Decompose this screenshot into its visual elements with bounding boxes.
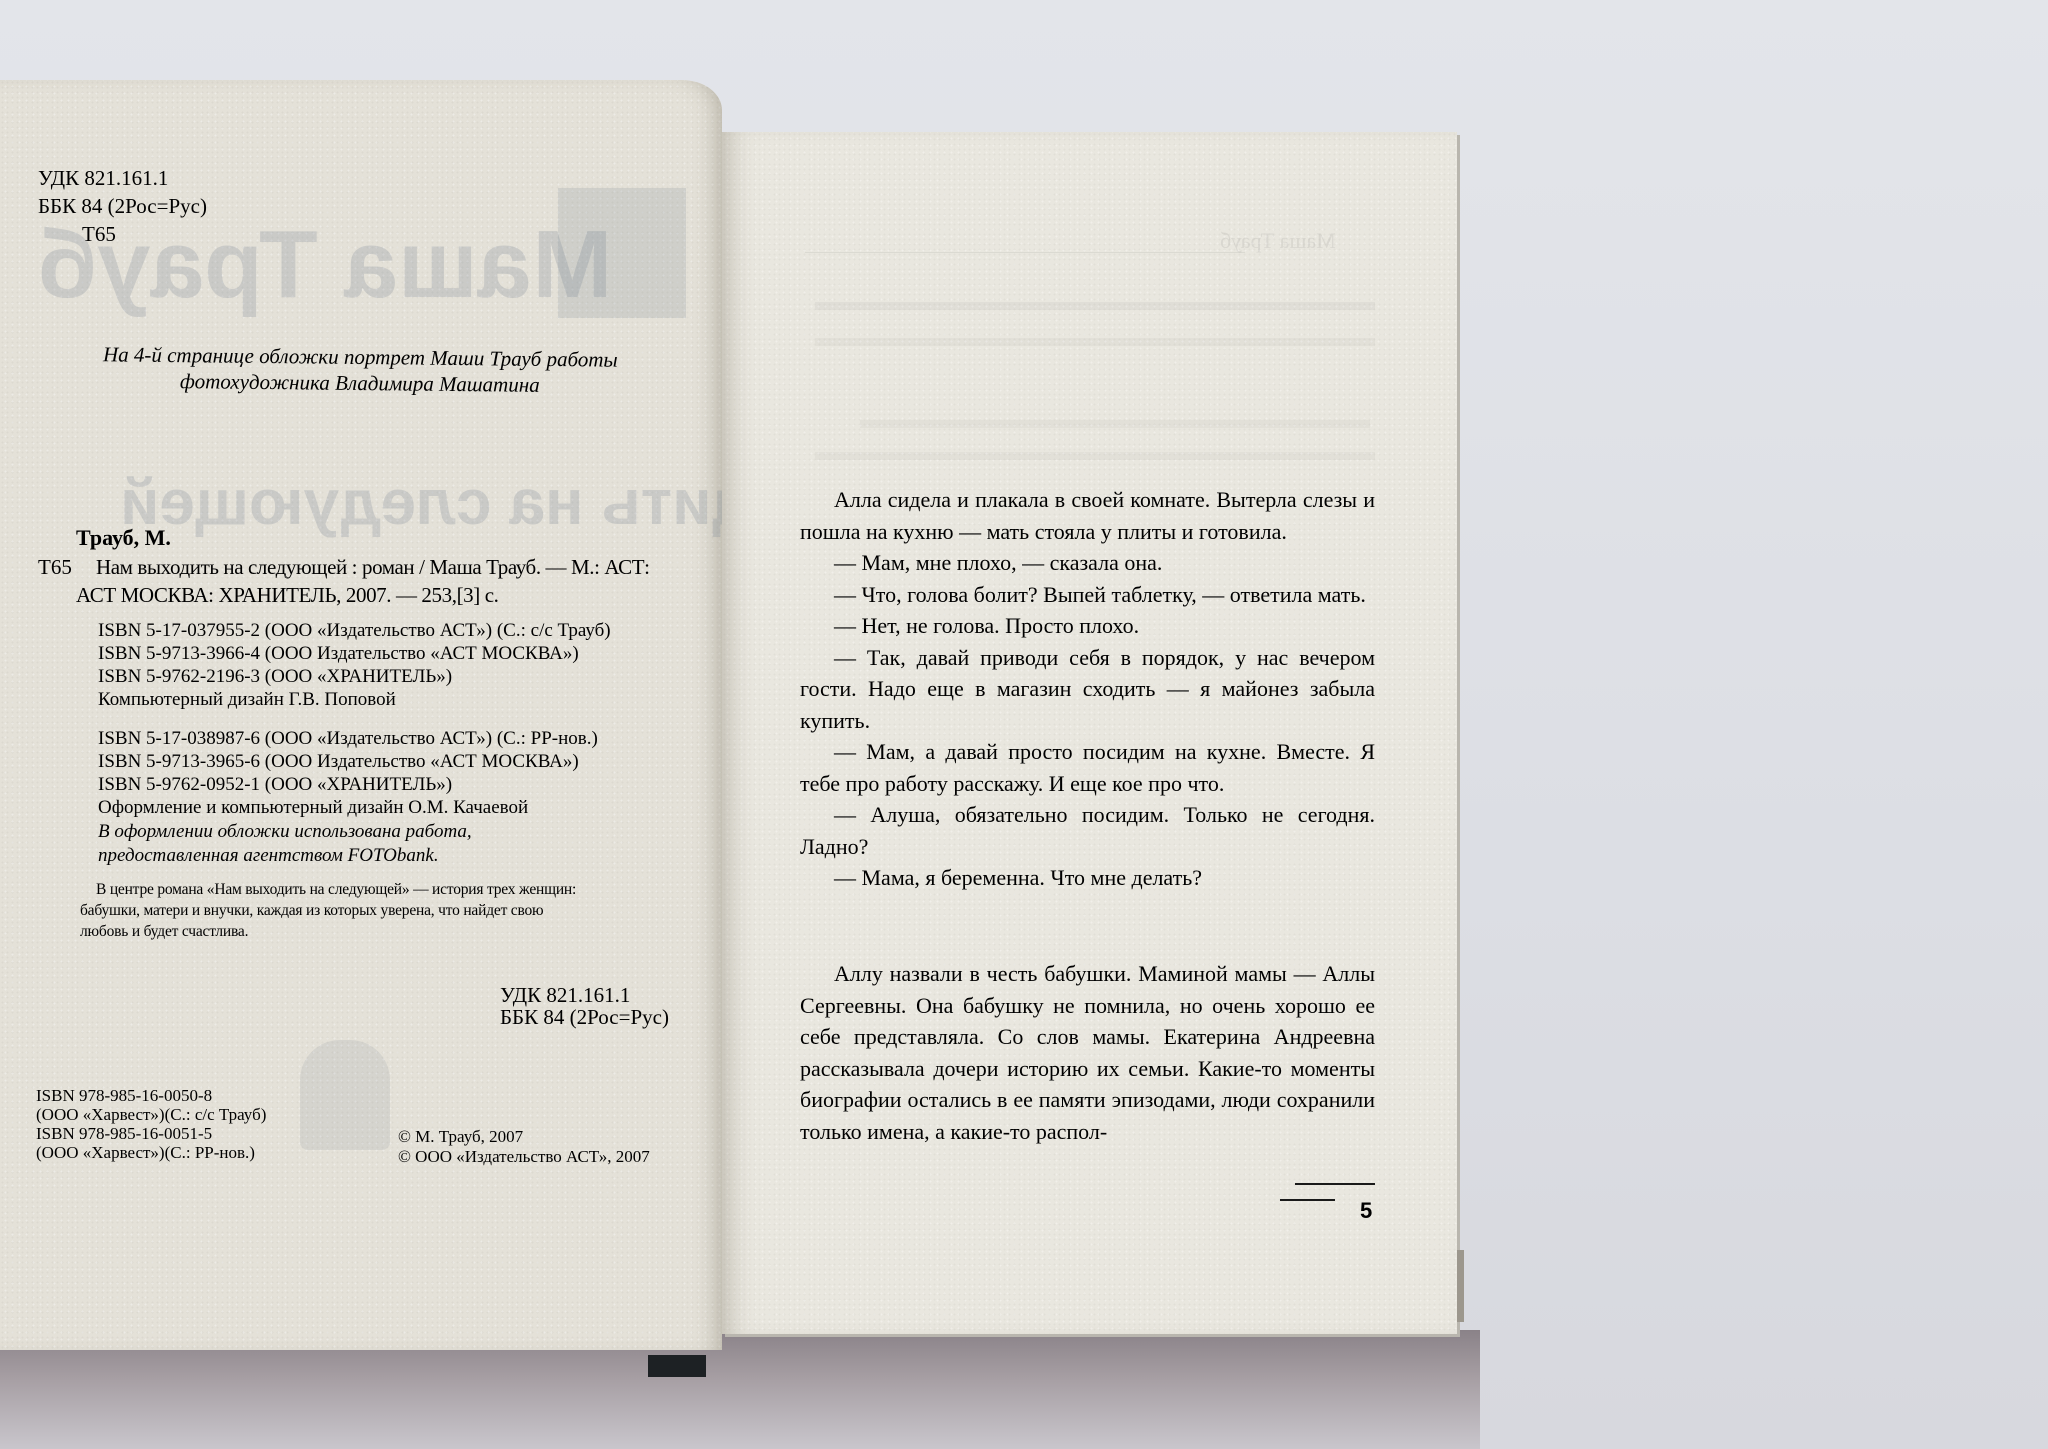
ghost-logo-mark: [558, 188, 686, 318]
isbn-1-1: ISBN 5-17-037955-2 (ООО «Издательство АС…: [98, 620, 611, 642]
annotation-line3: любовь и будет счастлива.: [80, 922, 248, 942]
paragraph: — Мам, а давай просто посидим на кухне. …: [800, 736, 1375, 799]
annotation-line2: бабушки, матери и внучки, каждая из кото…: [80, 901, 543, 921]
harvest-isbn-1: ISBN 978-985-16-0050-8: [36, 1086, 266, 1105]
bleed-text-line: [815, 338, 1375, 346]
bib-author: Трауб, М.: [76, 525, 171, 551]
design-credit-2: Оформление и компьютерный дизайн О.М. Ка…: [98, 797, 528, 819]
text-section-2: Аллу назвали в честь бабушки. Маминой ма…: [800, 958, 1375, 1147]
bbk-top: ББК 84 (2Рос=Рус): [38, 195, 207, 217]
bbk-bottom: ББК 84 (2Рос=Рус): [500, 1006, 669, 1028]
cover-credit-line2: предоставленная агентством FOTObank.: [98, 845, 439, 867]
paragraph: — Алуша, обязательно посидим. Только не …: [800, 799, 1375, 862]
harvest-isbn-2-publisher: (ООО «Харвест»)(С.: РР-нов.): [36, 1143, 266, 1162]
design-credit-1: Компьютерный дизайн Г.В. Поповой: [98, 689, 396, 711]
isbn-2-2: ISBN 5-9713-3965-6 (ООО Издательство «АС…: [98, 751, 579, 773]
bleed-text-line: [860, 420, 1370, 428]
bleed-text-line: [815, 452, 1375, 460]
page-number-rule-bottom: [1280, 1199, 1335, 1201]
bib-line2: АСТ МОСКВА: ХРАНИТЕЛЬ, 2007. — 253,[3] с…: [76, 584, 499, 606]
bib-line1: Нам выходить на следующей : роман / Маша…: [96, 556, 650, 578]
paragraph: — Что, голова болит? Выпей таблетку, — о…: [800, 579, 1375, 611]
isbn-2-1: ISBN 5-17-038987-6 (ООО «Издательство АС…: [98, 728, 598, 750]
paragraph: Алла сидела и плакала в своей комнате. В…: [800, 484, 1375, 547]
code-top: Т65: [82, 223, 116, 245]
bleed-text-line: [815, 302, 1375, 310]
paragraph: — Мам, мне плохо, — сказала она.: [800, 547, 1375, 579]
text-section-1: Алла сидела и плакала в своей комнате. В…: [800, 484, 1375, 894]
udk-top: УДК 821.161.1: [38, 167, 168, 189]
portrait-note-line1: На 4-й странице обложки портрет Маши Тра…: [103, 343, 618, 370]
page-edge-strip: [1457, 1250, 1464, 1322]
bleed-header-rule: [805, 252, 1245, 253]
ghost-author-mirror: Маша Трауб: [38, 210, 612, 320]
paragraph: Аллу назвали в честь бабушки. Маминой ма…: [800, 958, 1375, 1147]
copyright-block: © М. Трауб, 2007 © ООО «Издательство АСТ…: [398, 1127, 650, 1167]
cover-credit-line1: В оформлении обложки использована работа…: [98, 821, 472, 843]
udk-bottom: УДК 821.161.1: [500, 984, 630, 1006]
isbn-1-2: ISBN 5-9713-3966-4 (ООО Издательство «АС…: [98, 643, 579, 665]
isbn-1-3: ISBN 5-9762-2196-3 (ООО «ХРАНИТЕЛЬ»): [98, 666, 452, 688]
book-cover-corner-bottom: [648, 1355, 706, 1377]
harvest-isbn-block: ISBN 978-985-16-0050-8 (ООО «Харвест»)(С…: [36, 1086, 266, 1162]
annotation-line1: В центре романа «Нам выходить на следующ…: [96, 880, 576, 900]
isbn-2-3: ISBN 5-9762-0952-1 (ООО «ХРАНИТЕЛЬ»): [98, 774, 452, 796]
publisher-logo-ghost: [300, 1040, 390, 1150]
page-number: 5: [1360, 1198, 1372, 1224]
copyright-author: © М. Трауб, 2007: [398, 1127, 650, 1147]
portrait-note-line2: фотохудожника Владимира Машатина: [180, 370, 540, 396]
bleed-running-header: Маша Трауб: [1220, 228, 1336, 254]
paragraph: — Так, давай приводи себя в порядок, у н…: [800, 642, 1375, 737]
copyright-publisher: © ООО «Издательство АСТ», 2007: [398, 1147, 650, 1167]
harvest-isbn-1-publisher: (ООО «Харвест»)(С.: с/с Трауб): [36, 1105, 266, 1124]
harvest-isbn-2: ISBN 978-985-16-0051-5: [36, 1124, 266, 1143]
paragraph: — Нет, не голова. Просто плохо.: [800, 610, 1375, 642]
paragraph: — Мама, я беременна. Что мне делать?: [800, 862, 1375, 894]
bib-code: Т65: [38, 556, 72, 578]
page-number-rule-top: [1295, 1183, 1375, 1185]
